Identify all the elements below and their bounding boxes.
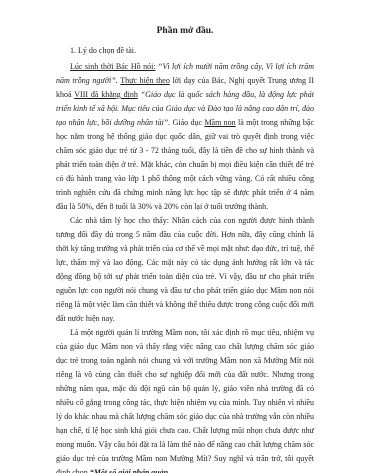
- body-text: Là một người quản lí trường Mầm non, tôi…: [56, 328, 314, 473]
- section-heading: 1. Lý do chọn đề tài.: [70, 44, 314, 58]
- document-page: Phần mở đầu. 1. Lý do chọn đề tài. Lúc s…: [0, 0, 366, 473]
- paragraph-3: Là một người quản lí trường Mầm non, tôi…: [56, 326, 314, 473]
- body-text: là một trong những bậc học nằm trong hệ …: [56, 118, 314, 211]
- page-title: Phần mở đầu.: [56, 24, 314, 38]
- paragraph-2: Các nhà tâm lý học cho thấy: Nhân cách c…: [56, 214, 314, 326]
- underlined-phrase: Lúc sinh thời Bác Hồ nói:: [70, 62, 156, 71]
- body-text: Giáo dục: [173, 118, 205, 127]
- underlined-phrase: Mầm non: [204, 118, 235, 127]
- initiative-title-quote: “Một số giải pháp quản: [90, 468, 168, 473]
- paragraph-1: Lúc sinh thời Bác Hồ nói: “Vì lợi ích mư…: [56, 60, 314, 214]
- underlined-phrase: VIII đã khẳng định: [74, 90, 138, 99]
- underlined-phrase: Thực hiện theo: [120, 76, 170, 85]
